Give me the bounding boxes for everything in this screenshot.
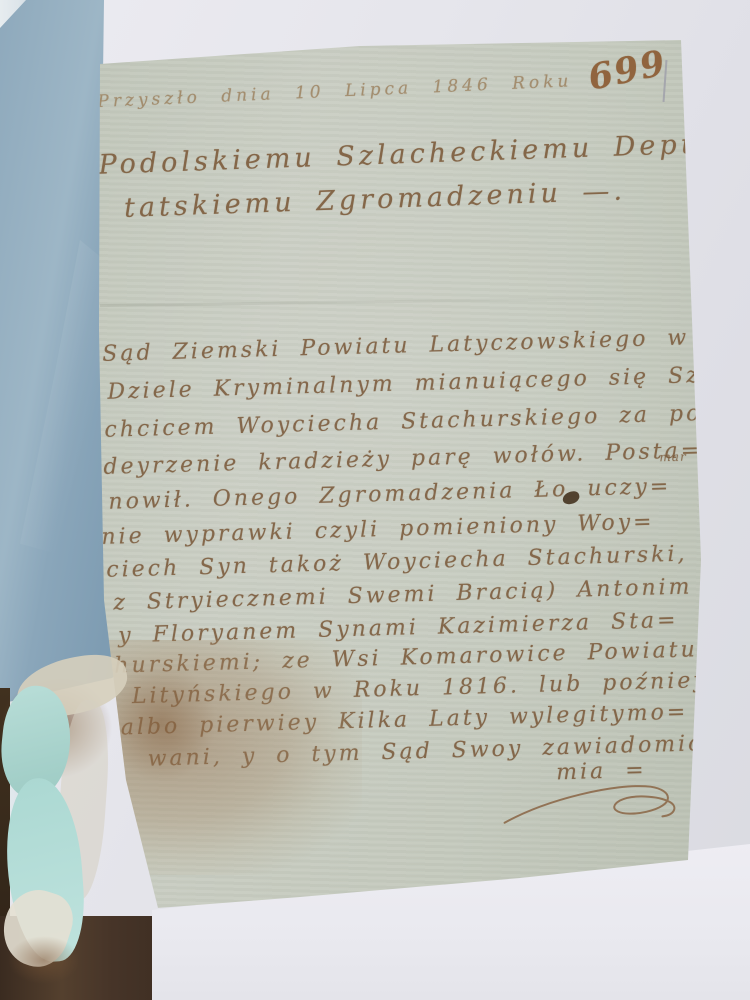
body-line: deyrzenie kradzieży parę wołów. Posta= — [103, 438, 702, 480]
interlinear-note: mar — [659, 450, 687, 465]
spine-remnant-stain — [8, 936, 80, 984]
signature-flourish — [500, 774, 687, 837]
body-line: Dziele Kryminalnym mianuiącego się Szla= — [107, 362, 749, 405]
address-line-2: tatskiemu Zgromadzeniu —. — [124, 175, 627, 224]
body-line: chcicem Woyciecha Stachurskiego za po= — [104, 401, 724, 443]
body-line: nowił. Onego Zgromadzenia Ło uczy= — [108, 474, 671, 515]
address-block: Podolskiemu Szlacheckiemu Depu= tatskiem… — [92, 129, 695, 250]
photo-canvas: Przyszło dnia 10 Lipca 1846 Roku 699 Pod… — [0, 0, 750, 1000]
